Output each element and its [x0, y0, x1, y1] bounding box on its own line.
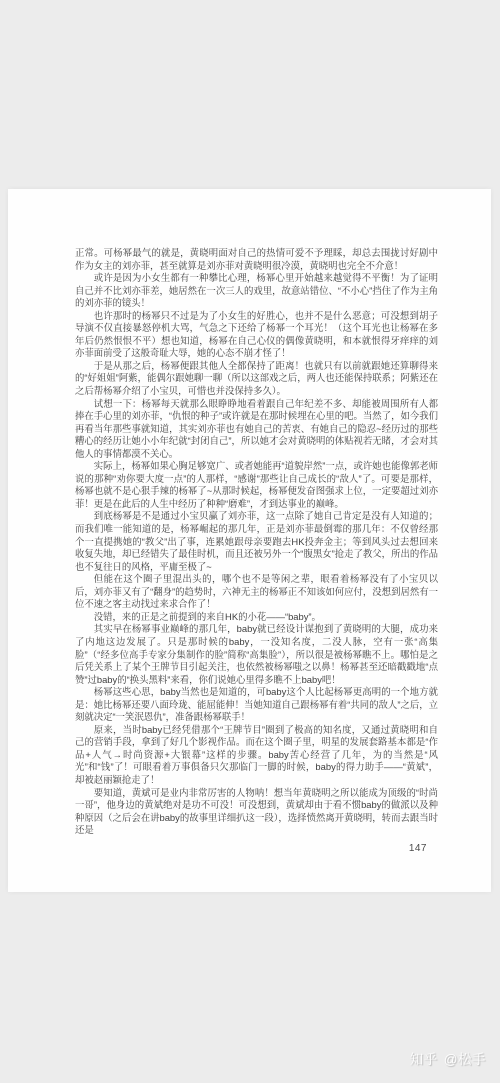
paragraph: 但能在这个圈子里混出头的，哪个也不是等闲之辈，眼看着杨幂没有了小宝贝以后，刘亦菲… [75, 573, 438, 611]
watermark-author: @松手 [444, 1052, 486, 1067]
watermark-brand: 知乎 [410, 1052, 438, 1067]
paragraph: 原来，当时baby已经凭借那个“王牌节目”圈到了极高的知名度，又通过黄晓明和自己… [75, 724, 438, 787]
paragraph: 杨幂这些心思，baby当然也是知道的，可baby这个人比起杨幂更高明的一个地方就… [75, 686, 438, 724]
book-page: 正常。可杨幂最气的就是，黄晓明面对自己的热情可爱不予理睬，却总去围拢讨好剧中作为… [8, 189, 491, 892]
paragraph: 或许是因为小女生都有一种攀比心理，杨幂心里开始越来越觉得不平衡！为了证明自己并不… [75, 272, 438, 310]
paragraph: 其实早在杨幂事业巅峰的那几年，baby就已经设计谋抱到了黄晓明的大腿，成功来了内… [75, 623, 438, 686]
zhihu-watermark: 知乎@松手 [410, 1052, 486, 1068]
paragraph: 到底杨幂是不是通过小宝贝赢了刘亦菲，这一点除了她自己肯定是没有人知道的；而我们唯… [75, 510, 438, 573]
paragraph: 正常。可杨幂最气的就是，黄晓明面对自己的热情可爱不予理睬，却总去围拢讨好剧中作为… [75, 247, 438, 272]
page-number: 147 [75, 843, 438, 855]
paragraph: 实际上，杨幂如果心胸足够宽广、或者她能再“道貌岸然”一点，或许她也能像郭老师说的… [75, 460, 438, 510]
screenshot-root: { "colors": { "background": "#ececec", "… [0, 0, 500, 1083]
paragraph: 没错，来的正是之前提到的来自HK的小花——“baby”。 [75, 611, 438, 624]
paragraph: 要知道，黄斌可是业内非常厉害的人物呐！想当年黄晓明之所以能成为顶级的“时尚一哥”… [75, 787, 438, 837]
paragraph: 试想一下：杨幂每天就那么眼睁睁地看着跟自己年纪差不多、却能被周围所有人都捧在手心… [75, 398, 438, 461]
paragraph: 也许那时的杨幂只不过是为了小女生的好胜心，也并不是什么恶意；可没想到胡子导演不仅… [75, 310, 438, 360]
paragraph: 于是从那之后，杨幂便跟其他人全都保持了距离！也就只有以前就跟她还算聊得来的“好姐… [75, 360, 438, 398]
page-text: 正常。可杨幂最气的就是，黄晓明面对自己的热情可爱不予理睬，却总去围拢讨好剧中作为… [8, 189, 491, 855]
